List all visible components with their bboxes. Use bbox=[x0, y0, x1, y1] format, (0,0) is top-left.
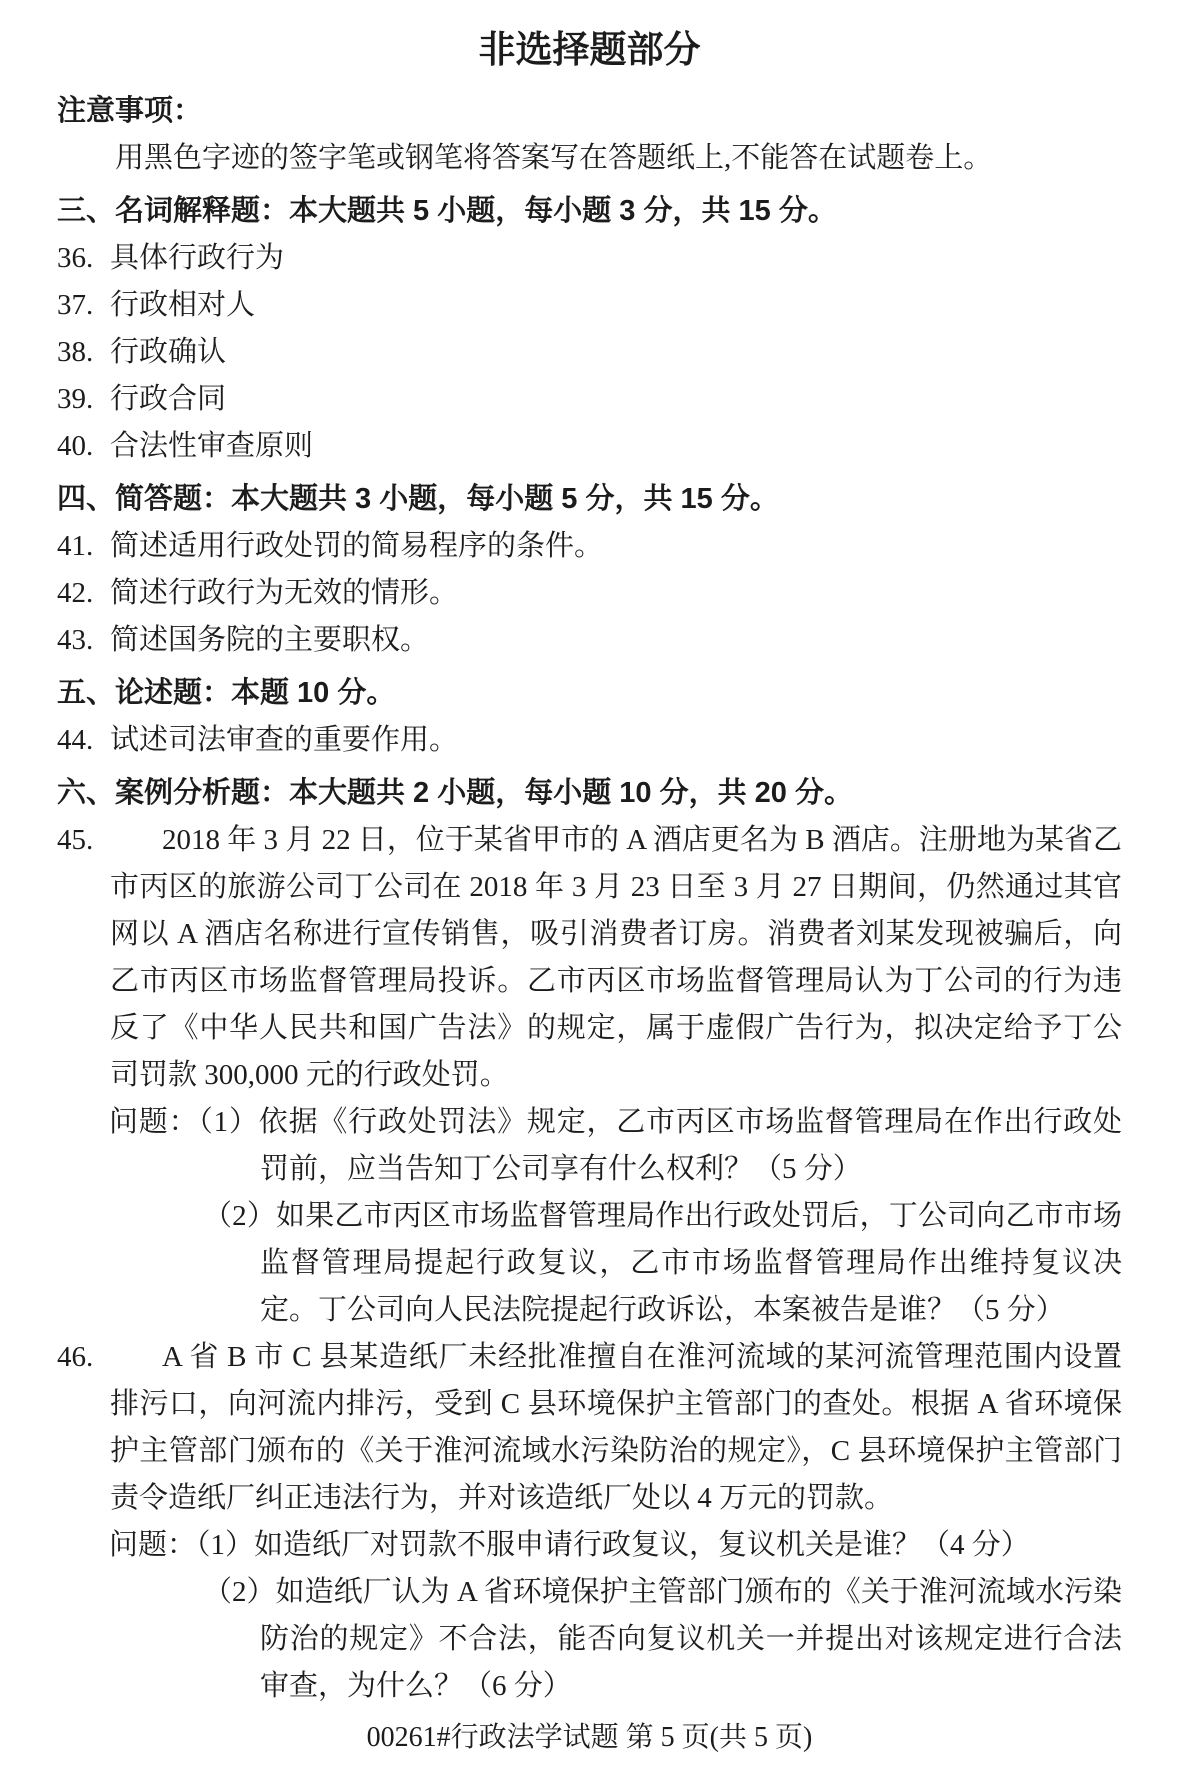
question-text: 简述行政行为无效的情形。 bbox=[110, 577, 458, 609]
section-header-definitions: 三、名词解释题：本大题共 5 小题，每小题 3 分，共 15 分。 bbox=[57, 188, 1122, 235]
question-text: 行政合同 bbox=[110, 383, 226, 415]
question-number: 38. bbox=[57, 329, 93, 376]
question-number: 41. bbox=[57, 523, 93, 570]
question-item-43: 43. 简述国务院的主要职权。 bbox=[57, 617, 1122, 664]
question-item-41: 41. 简述适用行政处罚的简易程序的条件。 bbox=[57, 523, 1122, 570]
section-header-short-answer: 四、简答题：本大题共 3 小题，每小题 5 分，共 15 分。 bbox=[57, 476, 1122, 523]
question-text: 合法性审查原则 bbox=[110, 430, 313, 462]
question-text: （1）如造纸厂对罚款不服申请行政复议，复议机关是谁？（4 分） bbox=[196, 1529, 1030, 1561]
section-header-essay: 五、论述题：本题 10 分。 bbox=[57, 670, 1122, 717]
notice-text: 用黑色字迹的签字笔或钢笔将答案写在答题纸上,不能答在试题卷上。 bbox=[57, 135, 1122, 182]
case-body: 2018 年 3 月 22 日，位于某省甲市的 A 酒店更名为 B 酒店。注册地… bbox=[110, 817, 1122, 1099]
question-text: 试述司法审查的重要作用。 bbox=[110, 724, 458, 756]
case-question-1: 问题：（1）如造纸厂对罚款不服申请行政复议，复议机关是谁？（4 分） bbox=[260, 1522, 1122, 1569]
question-item-44: 44. 试述司法审查的重要作用。 bbox=[57, 717, 1122, 764]
question-number: 42. bbox=[57, 570, 93, 617]
question-number: 36. bbox=[57, 235, 93, 282]
question-text: （2）如果乙市丙区市场监督管理局作出行政处罚后，丁公司向乙市市场监督管理局提起行… bbox=[203, 1200, 1122, 1326]
exam-page: 非选择题部分 注意事项： 用黑色字迹的签字笔或钢笔将答案写在答题纸上,不能答在试… bbox=[0, 0, 1178, 1768]
case-question-2: （2）如造纸厂认为 A 省环境保护主管部门颁布的《关于淮河流域水污染防治的规定》… bbox=[260, 1569, 1122, 1710]
case-question-2: （2）如果乙市丙区市场监督管理局作出行政处罚后，丁公司向乙市市场监督管理局提起行… bbox=[260, 1193, 1122, 1334]
question-number: 40. bbox=[57, 423, 93, 470]
question-number: 39. bbox=[57, 376, 93, 423]
question-text: （2）如造纸厂认为 A 省环境保护主管部门颁布的《关于淮河流域水污染防治的规定》… bbox=[203, 1576, 1122, 1702]
section-header-case-analysis: 六、案例分析题：本大题共 2 小题，每小题 10 分，共 20 分。 bbox=[57, 770, 1122, 817]
question-item-39: 39. 行政合同 bbox=[57, 376, 1122, 423]
question-text: 行政相对人 bbox=[110, 289, 255, 321]
case-question-1: 问题：（1）依据《行政处罚法》规定，乙市丙区市场监督管理局在作出行政处罚前，应当… bbox=[260, 1099, 1122, 1193]
question-number: 37. bbox=[57, 282, 93, 329]
question-text: （1）依据《行政处罚法》规定，乙市丙区市场监督管理局在作出行政处罚前，应当告知丁… bbox=[198, 1106, 1122, 1185]
question-item-40: 40. 合法性审查原则 bbox=[57, 423, 1122, 470]
case-number: 46. bbox=[57, 1334, 93, 1381]
exam-document: 非选择题部分 注意事项： 用黑色字迹的签字笔或钢笔将答案写在答题纸上,不能答在试… bbox=[0, 0, 1178, 1761]
question-text: 简述国务院的主要职权。 bbox=[110, 624, 429, 656]
question-number: 43. bbox=[57, 617, 93, 664]
question-label: 问题： bbox=[109, 1106, 198, 1138]
question-item-36: 36. 具体行政行为 bbox=[57, 235, 1122, 282]
question-text: 简述适用行政处罚的简易程序的条件。 bbox=[110, 530, 603, 562]
question-item-37: 37. 行政相对人 bbox=[57, 282, 1122, 329]
page-footer: 00261#行政法学试题 第 5 页(共 5 页) bbox=[57, 1714, 1122, 1761]
question-label: 问题： bbox=[109, 1529, 196, 1561]
question-item-42: 42. 简述行政行为无效的情形。 bbox=[57, 570, 1122, 617]
question-text: 行政确认 bbox=[110, 336, 226, 368]
question-number: 44. bbox=[57, 717, 93, 764]
case-item-46: 46. A 省 B 市 C 县某造纸厂未经批准擅自在淮河流域的某河流管理范围内设… bbox=[57, 1334, 1122, 1710]
notice-label: 注意事项： bbox=[57, 88, 1122, 135]
question-item-38: 38. 行政确认 bbox=[57, 329, 1122, 376]
case-item-45: 45. 2018 年 3 月 22 日，位于某省甲市的 A 酒店更名为 B 酒店… bbox=[57, 817, 1122, 1334]
question-text: 具体行政行为 bbox=[110, 242, 284, 274]
case-body: A 省 B 市 C 县某造纸厂未经批准擅自在淮河流域的某河流管理范围内设置排污口… bbox=[110, 1334, 1122, 1522]
page-title: 非选择题部分 bbox=[57, 22, 1122, 78]
case-number: 45. bbox=[57, 817, 93, 864]
